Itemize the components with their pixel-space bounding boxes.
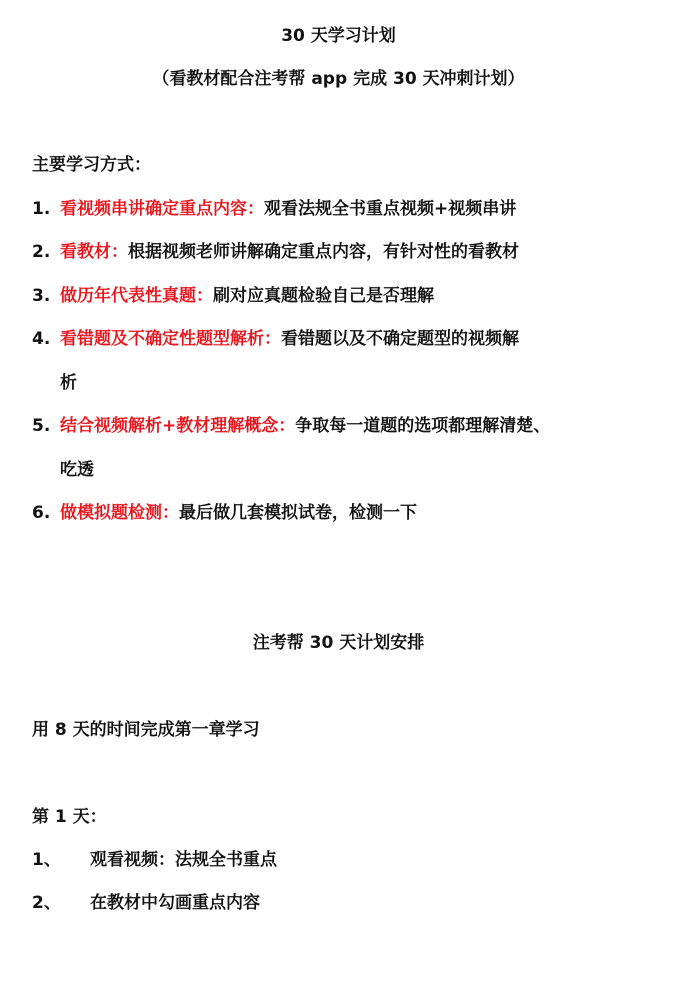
method-item-4: 4.看错题及不确定性题型解析：看错题以及不确定题型的视频解 — [32, 327, 519, 351]
chapter-note: 用 8 天的时间完成第一章学习 — [32, 718, 260, 742]
schedule-title: 注考帮 30 天计划安排 — [0, 631, 677, 655]
method-number: 4. — [32, 327, 60, 351]
method-highlight: 看错题及不确定性题型解析： — [60, 329, 281, 349]
method-item-1: 1.看视频串讲确定重点内容：观看法规全书重点视频+视频串讲 — [32, 197, 516, 221]
day-item-number: 2、 — [32, 891, 90, 915]
method-highlight: 做历年代表性真题： — [60, 286, 213, 306]
document-subtitle: （看教材配合注考帮 app 完成 30 天冲刺计划） — [0, 67, 677, 91]
method-highlight: 看视频串讲确定重点内容： — [60, 199, 264, 219]
method-4-continuation: 析 — [60, 371, 77, 395]
method-text: 看错题以及不确定题型的视频解 — [281, 329, 519, 349]
method-text: 刷对应真题检验自己是否理解 — [213, 286, 434, 306]
method-item-5: 5.结合视频解析+教材理解概念：争取每一道题的选项都理解清楚、 — [32, 414, 550, 438]
method-highlight: 做模拟题检测： — [60, 503, 179, 523]
method-number: 3. — [32, 284, 60, 308]
method-item-3: 3.做历年代表性真题：刷对应真题检验自己是否理解 — [32, 284, 434, 308]
method-highlight: 结合视频解析+教材理解概念： — [60, 416, 295, 436]
method-number: 2. — [32, 240, 60, 264]
day-item-number: 1、 — [32, 848, 90, 872]
method-5-continuation: 吃透 — [60, 458, 94, 482]
document-title: 30 天学习计划 — [0, 24, 677, 48]
method-item-6: 6.做模拟题检测：最后做几套模拟试卷，检测一下 — [32, 501, 417, 525]
day1-item-2: 2、在教材中勾画重点内容 — [32, 891, 260, 915]
method-text: 观看法规全书重点视频+视频串讲 — [264, 199, 516, 219]
day-item-text: 观看视频：法规全书重点 — [90, 850, 277, 870]
method-text: 争取每一道题的选项都理解清楚、 — [295, 416, 550, 436]
methods-heading: 主要学习方式： — [32, 153, 151, 177]
method-item-2: 2.看教材：根据视频老师讲解确定重点内容，有针对性的看教材 — [32, 240, 519, 264]
day1-heading: 第 1 天： — [32, 805, 107, 829]
method-number: 6. — [32, 501, 60, 525]
method-highlight: 看教材： — [60, 242, 128, 262]
day1-item-1: 1、观看视频：法规全书重点 — [32, 848, 277, 872]
method-number: 1. — [32, 197, 60, 221]
method-text: 根据视频老师讲解确定重点内容，有针对性的看教材 — [128, 242, 519, 262]
method-number: 5. — [32, 414, 60, 438]
method-text: 最后做几套模拟试卷，检测一下 — [179, 503, 417, 523]
day-item-text: 在教材中勾画重点内容 — [90, 893, 260, 913]
